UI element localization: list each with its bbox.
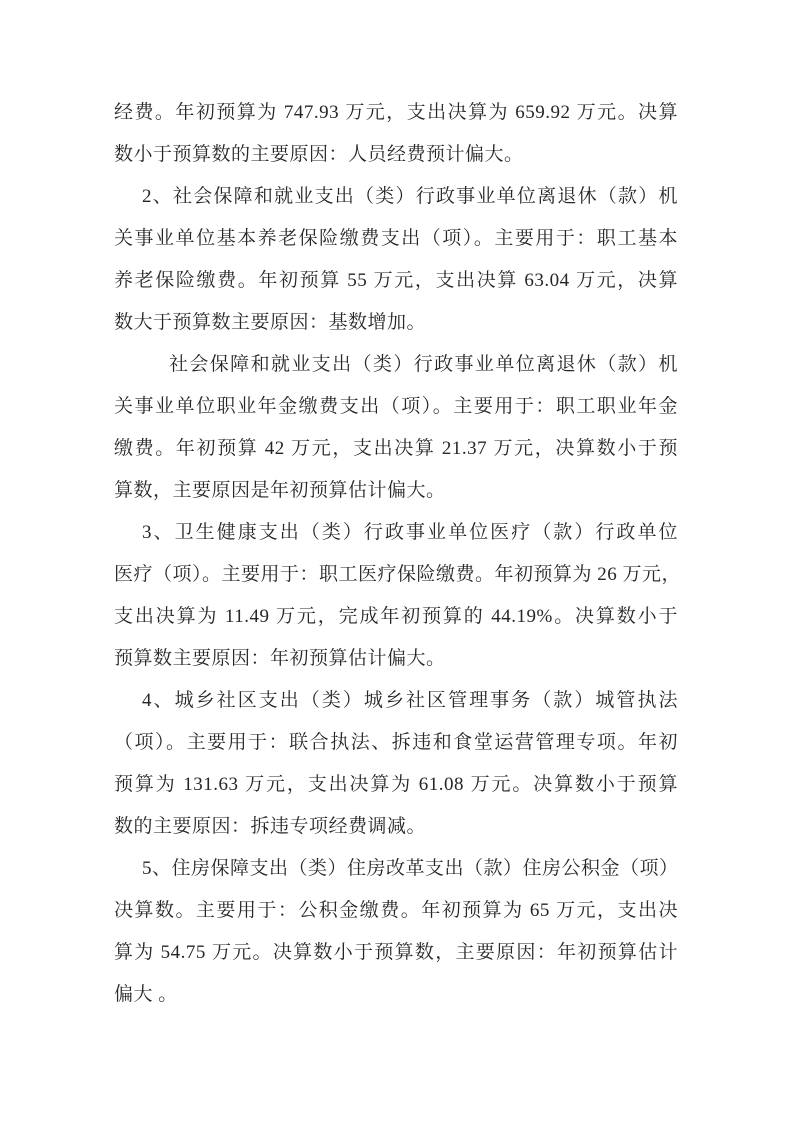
text-line: 社会保障和就业支出（类）行政事业单位离退休（款）机	[114, 344, 678, 386]
text-line: 5、住房保障支出（类）住房改革支出（款）住房公积金（项）	[114, 848, 678, 890]
text-line: 养老保险缴费。年初预算 55 万元，支出决算 63.04 万元，决算	[114, 260, 678, 302]
document-page: 经费。年初预算为 747.93 万元，支出决算为 659.92 万元。决算数小于…	[0, 0, 793, 1122]
paragraph-continuation-personnel-funds: 经费。年初预算为 747.93 万元，支出决算为 659.92 万元。决算数小于…	[114, 92, 678, 176]
text-line: 数小于预算数的主要原因：人员经费预计偏大。	[114, 134, 678, 176]
text-line: 医疗（项）。主要用于：职工医疗保险缴费。年初预算为 26 万元，	[114, 554, 678, 596]
document-body: 经费。年初预算为 747.93 万元，支出决算为 659.92 万元。决算数小于…	[114, 92, 678, 1016]
text-line: 经费。年初预算为 747.93 万元，支出决算为 659.92 万元。决算	[114, 92, 678, 134]
text-line: 4、城乡社区支出（类）城乡社区管理事务（款）城管执法	[114, 680, 678, 722]
paragraph-social-security-annuity: 社会保障和就业支出（类）行政事业单位离退休（款）机关事业单位职业年金缴费支出（项…	[114, 344, 678, 512]
text-line: 关事业单位基本养老保险缴费支出（项）。主要用于：职工基本	[114, 218, 678, 260]
paragraph-2-social-security-pension: 2、社会保障和就业支出（类）行政事业单位离退休（款）机关事业单位基本养老保险缴费…	[114, 176, 678, 344]
text-line: 决算数。主要用于：公积金缴费。年初预算为 65 万元，支出决	[114, 890, 678, 932]
text-line: 预算数主要原因：年初预算估计偏大。	[114, 638, 678, 680]
text-line: 算为 54.75 万元。决算数小于预算数，主要原因：年初预算估计	[114, 932, 678, 974]
text-line: （项）。主要用于：联合执法、拆违和食堂运营管理专项。年初	[114, 722, 678, 764]
text-line: 支出决算为 11.49 万元，完成年初预算的 44.19%。决算数小于	[114, 596, 678, 638]
text-line: 数大于预算数主要原因：基数增加。	[114, 302, 678, 344]
text-line: 缴费。年初预算 42 万元，支出决算 21.37 万元，决算数小于预	[114, 428, 678, 470]
paragraph-3-health-expenditure: 3、卫生健康支出（类）行政事业单位医疗（款）行政单位医疗（项）。主要用于：职工医…	[114, 512, 678, 680]
text-line: 关事业单位职业年金缴费支出（项）。主要用于：职工职业年金	[114, 386, 678, 428]
text-line: 偏大 。	[114, 974, 678, 1016]
text-line: 2、社会保障和就业支出（类）行政事业单位离退休（款）机	[114, 176, 678, 218]
text-line: 预算为 131.63 万元，支出决算为 61.08 万元。决算数小于预算	[114, 764, 678, 806]
text-line: 数的主要原因：拆违专项经费调减。	[114, 806, 678, 848]
text-line: 3、卫生健康支出（类）行政事业单位医疗（款）行政单位	[114, 512, 678, 554]
paragraph-5-housing-security: 5、住房保障支出（类）住房改革支出（款）住房公积金（项）决算数。主要用于：公积金…	[114, 848, 678, 1016]
text-line: 算数，主要原因是年初预算估计偏大。	[114, 470, 678, 512]
paragraph-4-urban-community: 4、城乡社区支出（类）城乡社区管理事务（款）城管执法（项）。主要用于：联合执法、…	[114, 680, 678, 848]
